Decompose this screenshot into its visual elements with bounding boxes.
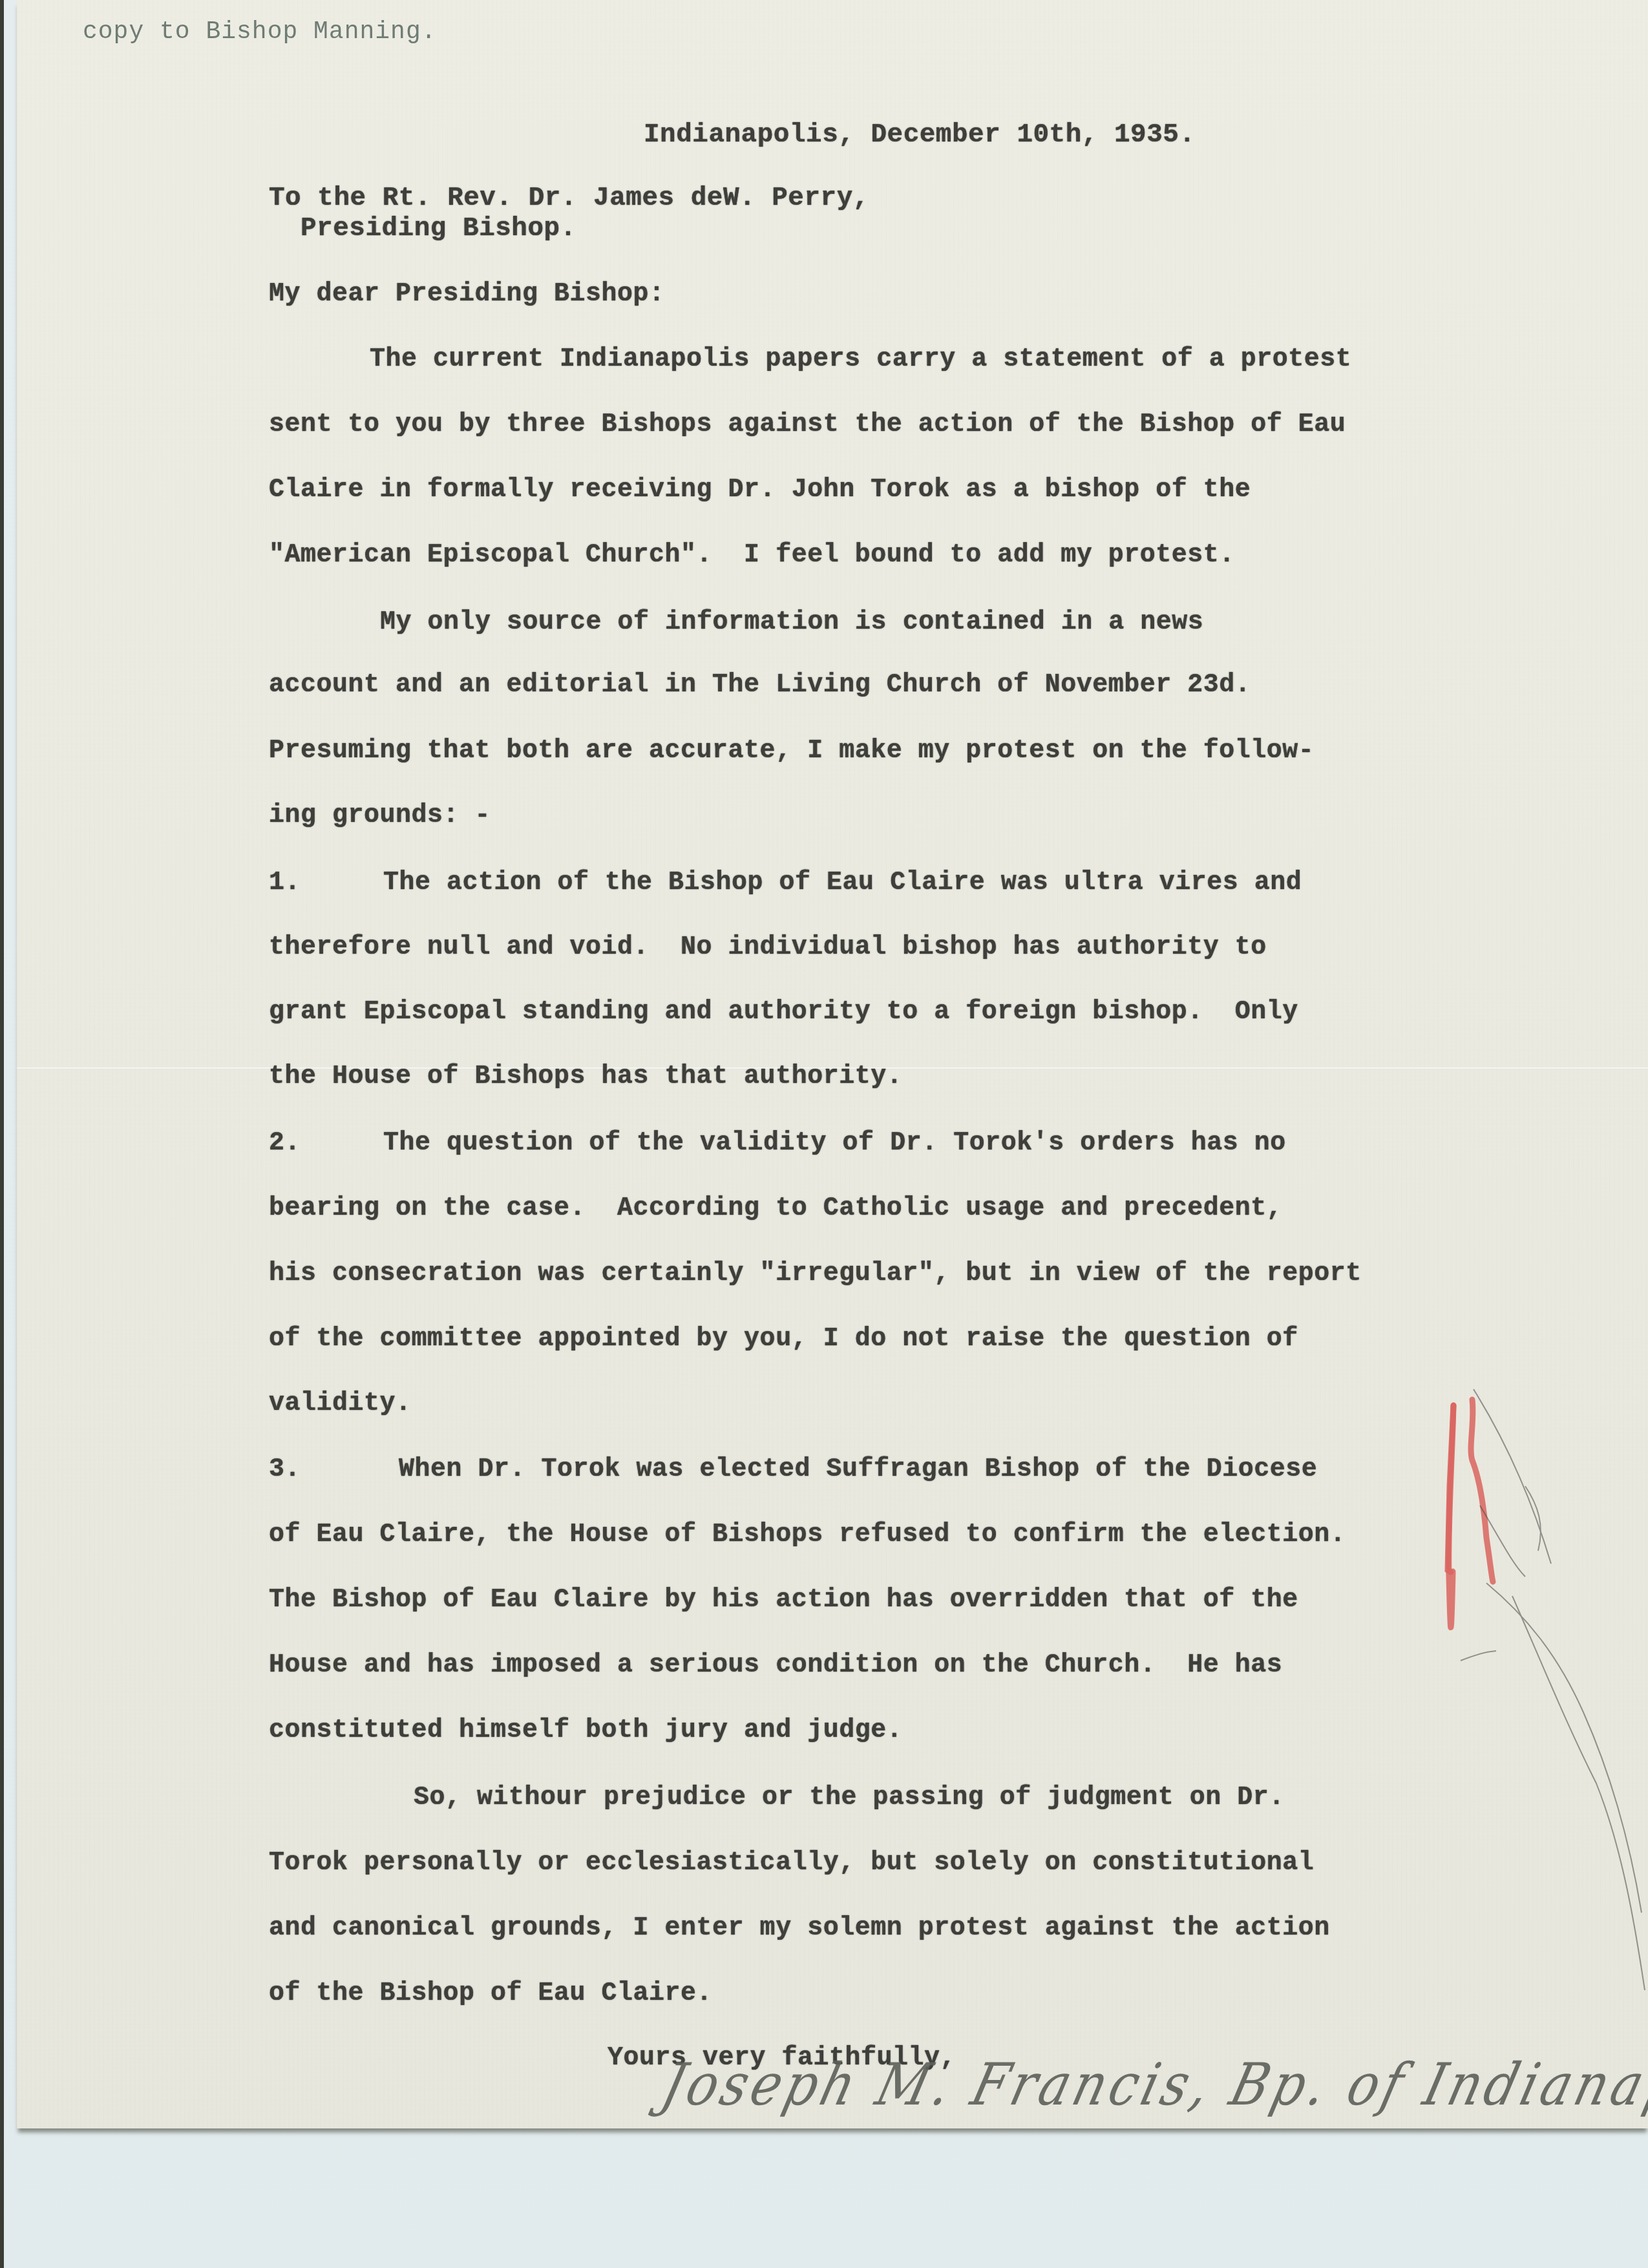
addressee-line-1: To the Rt. Rev. Dr. James deW. Perry, <box>269 184 869 213</box>
point-line: the House of Bishops has that authority. <box>269 1064 902 1090</box>
paragraph-line: Claire in formally receiving Dr. John To… <box>269 478 1251 503</box>
copy-note: copy to Bishop Manning. <box>83 18 437 46</box>
point-number: 3. <box>269 1457 301 1483</box>
paragraph-line: "American Episcopal Church". I feel boun… <box>269 543 1235 569</box>
paragraph-line: of the Bishop of Eau Claire. <box>269 1981 712 2007</box>
point-line: The action of the Bishop of Eau Claire w… <box>383 870 1302 896</box>
paragraph-line: sent to you by three Bishops against the… <box>269 412 1346 438</box>
point-line: House and has imposed a serious conditio… <box>269 1653 1282 1679</box>
paragraph-line: The current Indianapolis papers carry a … <box>370 347 1351 373</box>
point-line: When Dr. Torok was elected Suffragan Bis… <box>399 1457 1317 1483</box>
point-line: The question of the validity of Dr. Toro… <box>383 1131 1286 1157</box>
point-line: bearing on the case. According to Cathol… <box>269 1196 1282 1222</box>
point-line: of Eau Claire, the House of Bishops refu… <box>269 1522 1346 1548</box>
point-line: constituted himself both jury and judge. <box>269 1718 902 1744</box>
dateline: Indianapolis, December 10th, 1935. <box>644 120 1196 150</box>
point-line: validity. <box>269 1391 412 1417</box>
handwritten-signature: Joseph M. Francis, Bp. of Indianapolis. <box>655 2052 1648 2119</box>
paragraph-line: Torok personally or ecclesiastically, bu… <box>269 1851 1314 1876</box>
point-line: his consecration was certainly "irregula… <box>269 1261 1362 1287</box>
paragraph-line: Presuming that both are accurate, I make… <box>269 739 1314 764</box>
point-line: therefore null and void. No individual b… <box>269 935 1267 961</box>
paragraph-line: and canonical grounds, I enter my solemn… <box>269 1916 1330 1942</box>
addressee-line-2: Presiding Bishop. <box>301 214 576 244</box>
paragraph-line: account and an editorial in The Living C… <box>269 673 1251 698</box>
point-line: of the committee appointed by you, I do … <box>269 1327 1298 1352</box>
salutation: My dear Presiding Bishop: <box>269 282 665 308</box>
point-number: 2. <box>269 1131 301 1157</box>
point-line: grant Episcopal standing and authority t… <box>269 1000 1298 1025</box>
point-number: 1. <box>269 870 301 896</box>
point-line: The Bishop of Eau Claire by his action h… <box>269 1588 1298 1613</box>
paragraph-line: So, withour prejudice or the passing of … <box>414 1785 1285 1811</box>
paragraph-line: ing grounds: - <box>269 803 491 829</box>
paragraph-line: My only source of information is contain… <box>380 610 1203 636</box>
scanner-edge <box>0 0 4 2268</box>
